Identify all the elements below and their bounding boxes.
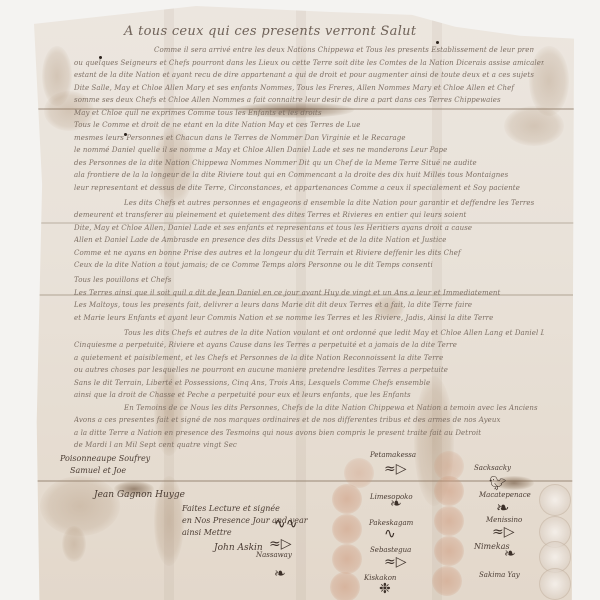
fish-totem-icon: ≈▷ bbox=[384, 461, 407, 477]
manuscript-line: leur representant et dessus de dite Terr… bbox=[74, 184, 544, 192]
manuscript-line: ala frontiere de la la longeur de la dit… bbox=[74, 171, 544, 179]
manuscript-line: Tous les dits Chefs et autres de la dite… bbox=[124, 329, 544, 337]
animal-totem-icon: ❧ bbox=[390, 496, 402, 512]
fish-totem-icon: ≈▷ bbox=[492, 524, 515, 540]
manuscript-line: Comme il sera arrivé entre les deux Nati… bbox=[154, 46, 534, 54]
manuscript-line: Les dits Chefs et autres personnes et en… bbox=[124, 199, 544, 207]
wax-seal bbox=[434, 506, 464, 536]
closing-line: Poisonneaupe Soufrey bbox=[60, 454, 150, 463]
wax-seal bbox=[434, 451, 464, 481]
manuscript-line: le nommé Daniel quelle il se nomme a May… bbox=[74, 146, 544, 154]
manuscript-line: Les Terres ainsi que il soit quil a dit … bbox=[74, 289, 544, 297]
witness-line: Faites Lecture et signée bbox=[182, 504, 280, 513]
signature: Jean Gagnon Huyge bbox=[94, 490, 185, 500]
manuscript-line: May et Chloe quil ne exprimes Comme tous… bbox=[74, 109, 544, 117]
totem-label: Sebastegua bbox=[370, 546, 411, 554]
totem-label: Nassaway bbox=[256, 551, 292, 559]
manuscript-line: Tous le Comme et droit de ne etant en la… bbox=[74, 121, 544, 129]
fish-totem-icon: ≈▷ bbox=[269, 536, 292, 552]
manuscript-line: estant de la dite Nation et ayant recu d… bbox=[74, 71, 544, 79]
parchment-sheet: A tous ceux qui ces presents verront Sal… bbox=[34, 6, 574, 600]
lizard-totem-icon: ∿ bbox=[384, 526, 396, 542]
wax-seal bbox=[332, 544, 362, 574]
totem-label: Sakima Yay bbox=[479, 571, 520, 579]
document-heading: A tous ceux qui ces presents verront Sal… bbox=[124, 24, 416, 39]
manuscript-line: mesmes leurs Personnes et Chacun dans le… bbox=[74, 134, 544, 142]
wax-seal bbox=[434, 536, 464, 566]
wax-seal bbox=[332, 484, 362, 514]
fish-totem-icon: ≈▷ bbox=[384, 554, 407, 570]
manuscript-line: ou quelques Seigneurs et Chefs pourront … bbox=[74, 59, 544, 67]
animal-totem-icon: ❧ bbox=[274, 566, 286, 582]
manuscript-line: Les Maltoys, tous les presents fait, del… bbox=[74, 301, 544, 309]
manuscript-line: ainsi que la droit de Chasse et Peche a … bbox=[74, 391, 544, 399]
pinhole bbox=[436, 41, 439, 44]
water-stain bbox=[40, 476, 120, 536]
wax-seal bbox=[539, 568, 571, 600]
crane-totem-icon: ❧ bbox=[504, 546, 516, 562]
manuscript-line: Sans le dit Terrain, Liberté et Possessi… bbox=[74, 379, 544, 387]
totem-label: Petamakessa bbox=[370, 451, 416, 459]
witness-line: ainsi Mettre bbox=[182, 528, 232, 537]
turtle-totem-icon: ❉ bbox=[379, 581, 391, 597]
wax-seal bbox=[344, 458, 374, 488]
manuscript-line: ou autres choses par lesquelles ne pourr… bbox=[74, 366, 544, 374]
manuscript-line: Avons a ces presentes fait et signé de n… bbox=[74, 416, 544, 424]
serpent-totem-icon: ∿∿ bbox=[274, 516, 297, 532]
bird-totem-icon: 🐦︎ bbox=[489, 476, 507, 492]
manuscript-line: a quietement et paisiblement, et les Che… bbox=[74, 354, 544, 362]
closing-line: Samuel et Joe bbox=[70, 466, 126, 475]
manuscript-line: et Marie leurs Enfants et ayant leur Com… bbox=[74, 314, 544, 322]
manuscript-line: Allen et Daniel Lade de Ambrasde en pres… bbox=[74, 236, 544, 244]
manuscript-line: de Mardi l an Mil Sept cent quatre vingt… bbox=[74, 441, 334, 449]
totem-label: Sacksacky bbox=[474, 464, 511, 472]
totem-label: Menissino bbox=[486, 516, 522, 524]
wax-seal bbox=[432, 566, 462, 596]
wax-seal bbox=[330, 572, 360, 600]
manuscript-line: Dite, May et Chloe Allen, Daniel Lade et… bbox=[74, 224, 544, 232]
wax-seal bbox=[539, 484, 571, 516]
manuscript-line: Dite Salle, May et Chloe Allen Mary et s… bbox=[74, 84, 544, 92]
manuscript-line: des Personnes de la dite Nation Chippewa… bbox=[74, 159, 544, 167]
manuscript-line: demeurent et transferer au pleinement et… bbox=[74, 211, 544, 219]
manuscript-line: Tous les pouillons et Chefs bbox=[74, 276, 194, 284]
manuscript-line: Cinquiesme a perpetuité, Riviere et ayan… bbox=[74, 341, 544, 349]
bird-totem-icon: ❧ bbox=[496, 498, 509, 517]
wax-seal bbox=[332, 514, 362, 544]
water-stain bbox=[62, 526, 86, 562]
manuscript-line: Comme et ne ayans en bonne Prise des aut… bbox=[74, 249, 544, 257]
manuscript-line: a la ditte Terre a Nation en presence de… bbox=[74, 429, 544, 437]
manuscript-line: somme ses deux Chefs et Chloe Allen Nomm… bbox=[74, 96, 544, 104]
manuscript-line: Ceux de la dite Nation a tout jamais; de… bbox=[74, 261, 544, 269]
manuscript-line: En Temoins de ce Nous les dits Personnes… bbox=[124, 404, 544, 412]
